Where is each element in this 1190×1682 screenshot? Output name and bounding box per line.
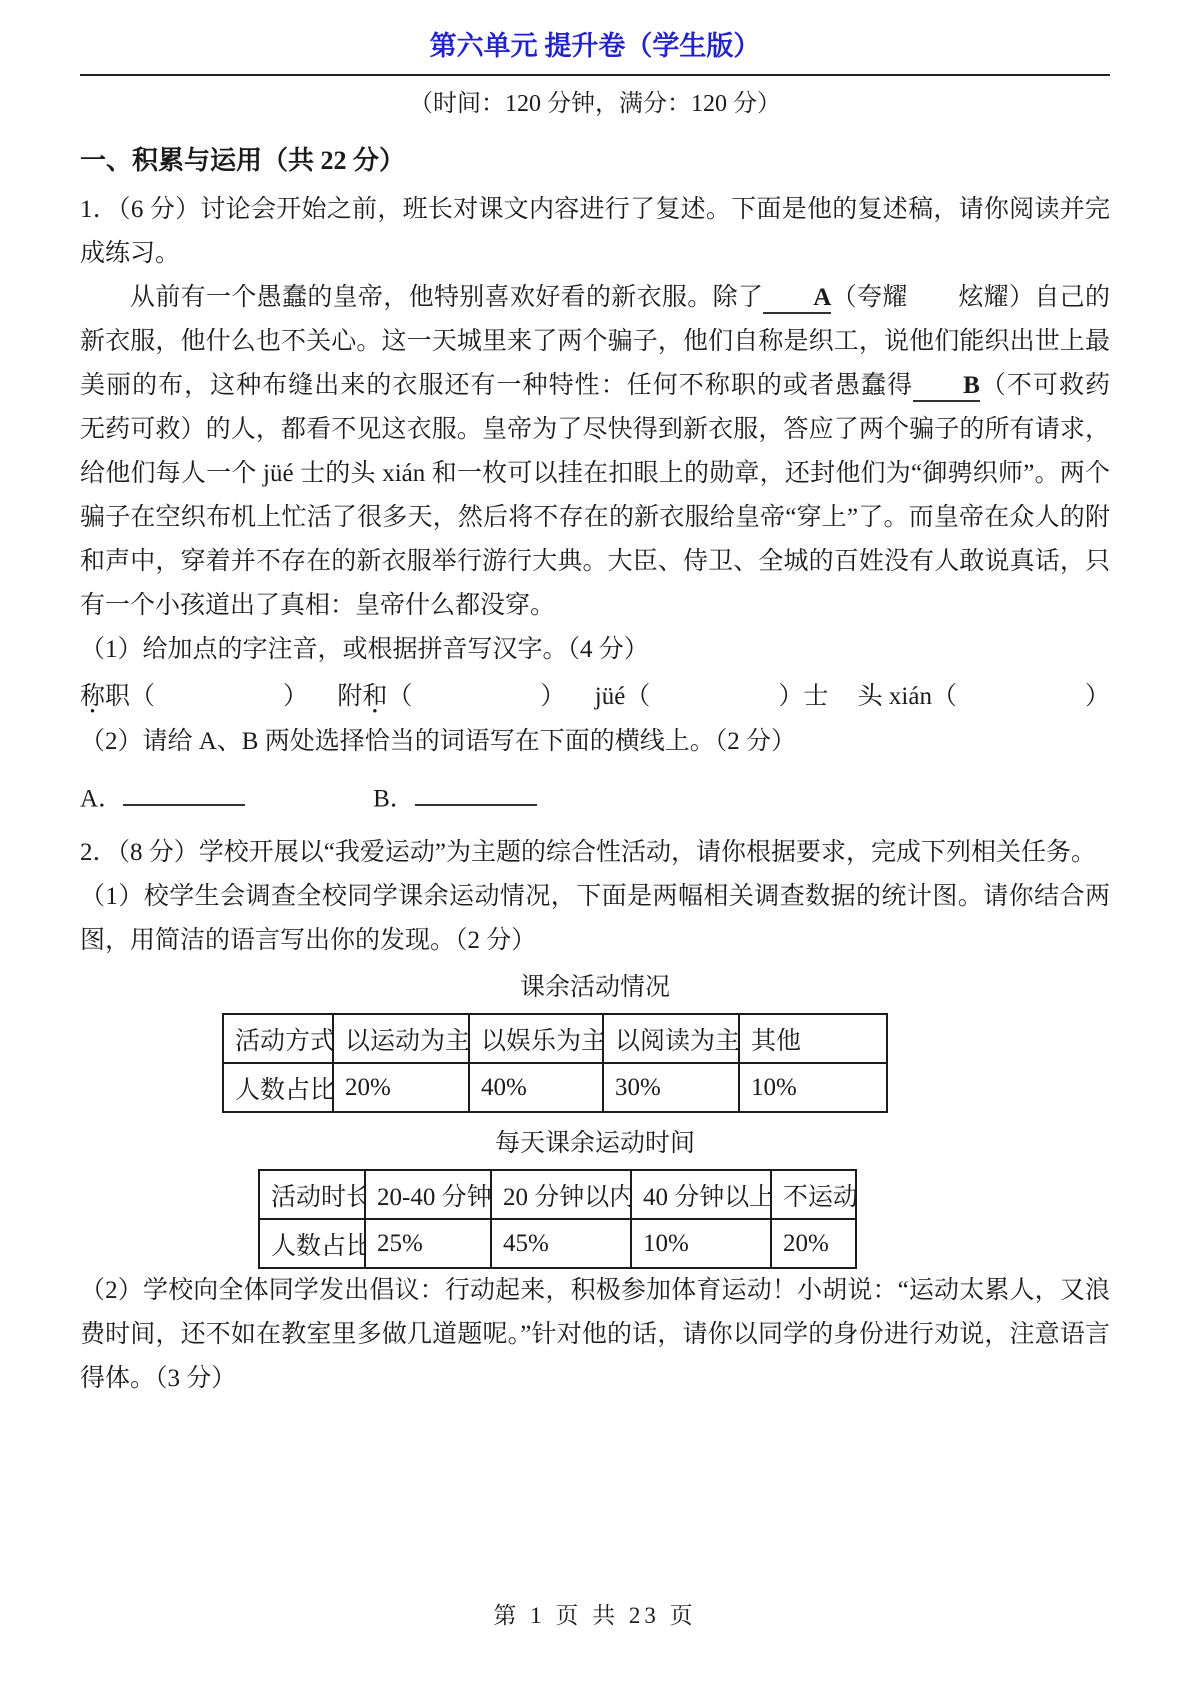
question1-passage: 从前有一个愚蠢的皇帝，他特别喜欢好看的新衣服。除了A（夸耀 炫耀）自己的新衣服，…	[80, 276, 1110, 628]
table-cell: 20-40 分钟	[365, 1170, 491, 1219]
dotted-char: 和	[362, 674, 387, 720]
table-cell: 40 分钟以上	[631, 1170, 771, 1219]
question1-stem: 1．（6 分）讨论会开始之前，班长对课文内容进行了复述。下面是他的复述稿，请你阅…	[80, 188, 1110, 276]
header-divider	[80, 74, 1110, 76]
answer-b-label: B．	[373, 785, 415, 812]
table2-title: 每天课余运动时间	[80, 1127, 1110, 1161]
table-cell: 活动时长	[259, 1170, 365, 1219]
pinyin-item-text: ）	[1085, 683, 1110, 710]
table-cell: 人数占比	[223, 1063, 333, 1112]
pinyin-item-text: 职（	[105, 683, 155, 710]
table-cell: 不运动	[771, 1170, 856, 1219]
page-title: 第六单元 提升卷（学生版）	[80, 30, 1110, 62]
table-cell: 以娱乐为主	[469, 1014, 603, 1063]
passage-blank-a: A	[763, 284, 831, 314]
exercise-time-table: 活动时长 20-40 分钟 20 分钟以内 40 分钟以上 不运动 人数占比 2…	[258, 1169, 857, 1269]
table-cell: 20%	[771, 1219, 856, 1268]
question2-sub2: （2）学校向全体同学发出倡议：行动起来，积极参加体育运动！小胡说：“运动太累人，…	[80, 1269, 1110, 1401]
pinyin-item-xian: 头 xián（）	[858, 674, 1110, 720]
question2-stem: 2．（8 分）学校开展以“我爱运动”为主题的综合性活动，请你根据要求，完成下列相…	[80, 831, 1110, 875]
passage-segment: 从前有一个愚蠢的皇帝，他特别喜欢好看的新衣服。除了	[130, 284, 763, 311]
pinyin-item-text: ）	[283, 683, 308, 710]
section-heading: 一、积累与运用（共 22 分）	[80, 144, 1110, 178]
table-cell: 10%	[739, 1063, 887, 1112]
table-cell: 人数占比	[259, 1219, 365, 1268]
table1-title: 课余活动情况	[80, 971, 1110, 1005]
question2-sub1: （1）校学生会调查全校同学课余运动情况，下面是两幅相关调查数据的统计图。请你结合…	[80, 875, 1110, 963]
table-cell: 20%	[333, 1063, 469, 1112]
ab-answer-line: A．B．	[80, 778, 1110, 819]
table-header-row: 活动方式 以运动为主 以娱乐为主 以阅读为主 其他	[223, 1014, 887, 1063]
page-number-footer: 第 1 页 共 23 页	[0, 1597, 1190, 1630]
table-cell: 活动方式	[223, 1014, 333, 1063]
pinyin-answer-row: 称职（） 附和（） jüé（）士 头 xián（）	[80, 674, 1110, 720]
table-cell: 10%	[631, 1219, 771, 1268]
question1-sub2: （2）请给 A、B 两处选择恰当的词语写在下面的横线上。（2 分）	[80, 720, 1110, 764]
answer-b-blank	[415, 778, 537, 806]
pinyin-item-text: 附	[337, 683, 362, 710]
table-data-row: 人数占比 20% 40% 30% 10%	[223, 1063, 887, 1112]
pinyin-item-chengzhi: 称职（）	[80, 674, 308, 720]
pinyin-item-text: jüé（	[595, 683, 651, 710]
pinyin-item-fuhe: 附和（）	[337, 674, 565, 720]
dotted-char: 称	[80, 674, 105, 720]
activity-type-table: 活动方式 以运动为主 以娱乐为主 以阅读为主 其他 人数占比 20% 40% 3…	[222, 1013, 888, 1113]
exam-paper-page: 第六单元 提升卷（学生版） （时间：120 分钟，满分：120 分） 一、积累与…	[0, 0, 1190, 1682]
table-cell: 以运动为主	[333, 1014, 469, 1063]
table-cell: 25%	[365, 1219, 491, 1268]
passage-segment: （不可救药 无药可救）的人，都看不见这衣服。皇帝为了尽快得到新衣服，答应了两个骗…	[80, 372, 1160, 619]
pinyin-item-text: （	[387, 683, 412, 710]
table-cell: 45%	[491, 1219, 631, 1268]
table-cell: 其他	[739, 1014, 887, 1063]
table-header-row: 活动时长 20-40 分钟 20 分钟以内 40 分钟以上 不运动	[259, 1170, 856, 1219]
time-score-line: （时间：120 分钟，满分：120 分）	[80, 88, 1110, 120]
question1-sub1: （1）给加点的字注音，或根据拼音写汉字。（4 分）	[80, 628, 1110, 672]
table-cell: 以阅读为主	[603, 1014, 739, 1063]
pinyin-item-text: 头 xián（	[858, 683, 957, 710]
pinyin-item-text: ）	[540, 683, 565, 710]
table-cell: 30%	[603, 1063, 739, 1112]
table-data-row: 人数占比 25% 45% 10% 20%	[259, 1219, 856, 1268]
pinyin-item-jue: jüé（）士	[595, 674, 829, 720]
pinyin-item-text: ）士	[778, 683, 828, 710]
answer-a-label: A．	[80, 785, 123, 812]
passage-blank-b: B	[913, 372, 980, 402]
table-cell: 20 分钟以内	[491, 1170, 631, 1219]
table-cell: 40%	[469, 1063, 603, 1112]
answer-a-blank	[123, 778, 245, 806]
